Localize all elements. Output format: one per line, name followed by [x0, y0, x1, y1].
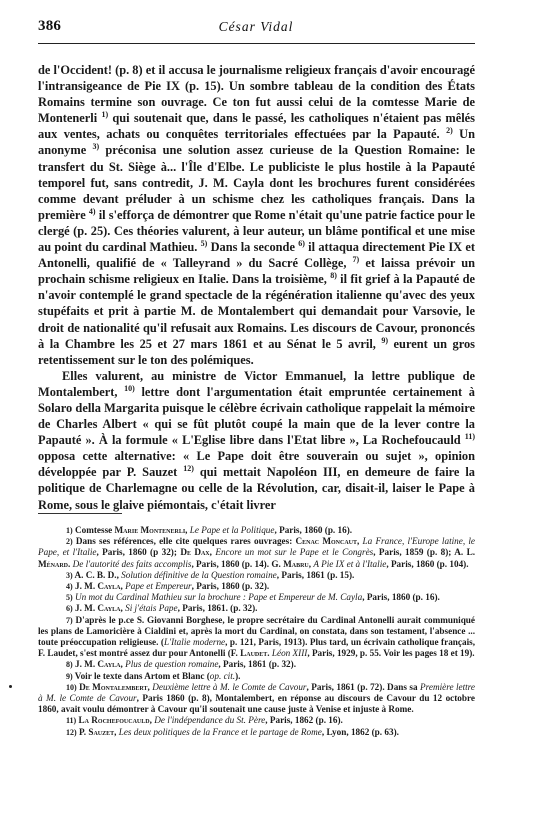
work-title: Deuxième lettre à M. le Comte de Cavour — [152, 682, 306, 692]
text-run: A. C. B. D., — [73, 570, 122, 580]
work-title: op. cit. — [210, 671, 235, 681]
work-title: A Pie IX et à l'Italie — [313, 559, 386, 569]
footnote-number: 10) — [66, 683, 77, 692]
author-name: Cayla — [97, 581, 120, 591]
margin-mark — [9, 685, 12, 688]
footnote-ref[interactable]: 11) — [465, 432, 475, 441]
text-run: , Paris, 1860 (p. 32). — [192, 581, 270, 591]
work-title: L'Italie moderne — [164, 637, 225, 647]
footnote-ref[interactable]: 12) — [183, 464, 194, 473]
footnote: 5) Un mot du Cardinal Mathieu sur la bro… — [38, 592, 475, 603]
footnote-ref[interactable]: 2) — [446, 126, 453, 135]
text-run: ). — [235, 671, 240, 681]
text-run: , Paris, 1861 (p. 72). Dans sa — [307, 682, 421, 692]
footnote: 6) J. M. Cayla, Si j'étais Pape, Paris, … — [38, 603, 475, 614]
text-run: P. — [77, 727, 89, 737]
footnote-ref[interactable]: 4) — [89, 207, 96, 216]
work-title: Un mot du Cardinal Mathieu sur la brochu… — [75, 592, 362, 602]
footnote: 11) La Rochefoucauld, De l'indépendance … — [38, 715, 475, 726]
footnote-number: 9) — [66, 672, 73, 681]
text-run: , Paris, 1929, p. 55. Voir les pages 18 … — [307, 648, 474, 658]
text-run: Dans la seconde — [207, 240, 298, 254]
footnote: 7) D'après le p.ce S. Giovanni Borghese,… — [38, 615, 475, 660]
footnote-number: 11) — [66, 716, 76, 725]
text-run: , Lyon, 1862 (p. 63). — [322, 727, 399, 737]
text-run: , Paris, 1862 (p. 16). — [265, 715, 343, 725]
work-title: De l'indépendance du St. Père — [154, 715, 265, 725]
work-title: Les deux politiques de la France et le p… — [119, 727, 322, 737]
footnote: 10) De Montalembert, Deuxième lettre à M… — [38, 682, 475, 716]
body-text: de l'Occident! (p. 8) et il accusa le jo… — [38, 62, 475, 513]
text-run: J. M. — [73, 603, 98, 613]
author-name: De Montalembert — [79, 682, 147, 692]
footnote-number: 7) — [66, 616, 73, 625]
author-name: Marie Montenerli — [115, 525, 186, 535]
text-run: , Paris, 1860 (p. 16). — [362, 592, 440, 602]
author-name: La Rochefoucauld — [79, 715, 150, 725]
text-run: Dans ses références, elle cite quelques … — [73, 536, 296, 546]
author-name: Cenac Moncaut — [295, 536, 357, 546]
work-title: Solution définitive de la Question romai… — [121, 570, 277, 580]
body-paragraph: Elles valurent, au ministre de Victor Em… — [38, 368, 475, 513]
footnote-ref[interactable]: 6) — [298, 239, 305, 248]
footnote-number: 6) — [66, 604, 73, 613]
header-rule — [38, 43, 475, 44]
footnote-ref[interactable]: 8) — [330, 271, 337, 280]
work-title: Si j'étais Pape — [125, 603, 178, 613]
author-name: Laudet — [240, 648, 267, 658]
text-run: J. M. — [73, 581, 98, 591]
page-header: 386 César Vidal — [38, 16, 474, 36]
footnote: 8) J. M. Cayla, Plus de question romaine… — [38, 659, 475, 670]
footnote: 9) Voir le texte dans Artom et Blanc (op… — [38, 671, 475, 682]
text-run: , Paris, 1859 (p. 8); A. L. — [373, 547, 475, 557]
author-name: Ménard — [38, 559, 68, 569]
footnote-number: 4) — [66, 582, 73, 591]
footnote: 1) Comtesse Marie Montenerli, Le Pape et… — [38, 525, 475, 536]
footnote: 3) A. C. B. D., Solution définitive de l… — [38, 570, 475, 581]
footnote-number: 5) — [66, 593, 73, 602]
text-run: , Paris, 1860 (p. 16). — [274, 525, 352, 535]
work-title: Pape et Empereur — [125, 581, 192, 591]
work-title: Le Pape et la Politique — [190, 525, 275, 535]
work-title: Plus de question romaine — [125, 659, 218, 669]
work-title: De l'autorité des faits accomplis — [73, 559, 192, 569]
footnote-number: 3) — [66, 571, 73, 580]
footnote: 12) P. Sauzet, Les deux politiques de la… — [38, 727, 475, 738]
work-title: Léon XIII — [272, 648, 307, 658]
text-run: , Paris, 1860 (p 32); — [97, 547, 181, 557]
text-run: , Paris, 1861 (p. 15). — [277, 570, 355, 580]
body-paragraph: de l'Occident! (p. 8) et il accusa le jo… — [38, 62, 475, 368]
text-run: , Paris, 1861 (p. 32). — [218, 659, 296, 669]
text-run: J. M. — [73, 659, 98, 669]
footnote-number: 8) — [66, 660, 73, 669]
author-name: De Dax — [180, 547, 209, 557]
footnote-number: 12) — [66, 728, 77, 737]
footnote: 4) J. M. Cayla, Pape et Empereur, Paris,… — [38, 581, 475, 592]
author-name: Mabru — [283, 559, 309, 569]
book-page: 386 César Vidal de l'Occident! (p. 8) et… — [0, 0, 550, 824]
author-name: Cayla — [97, 603, 120, 613]
author-name: Cayla — [97, 659, 120, 669]
footnote-number: 1) — [66, 526, 73, 535]
text-run: , Paris, 1860 (p. 14). G. — [191, 559, 283, 569]
running-title: César Vidal — [38, 19, 474, 35]
footnotes: 1) Comtesse Marie Montenerli, Le Pape et… — [38, 525, 475, 738]
text-run: , Paris, 1860 (p. 104). — [386, 559, 468, 569]
footnote: 2) Dans ses références, elle cite quelqu… — [38, 536, 475, 570]
work-title: Encore un mot sur le Pape et le Congrès — [215, 547, 373, 557]
text-run: Comtesse — [73, 525, 115, 535]
footnote-ref[interactable]: 10) — [124, 384, 135, 393]
author-name: Sauzet — [88, 727, 114, 737]
text-run: Voir le texte dans Artom et Blanc ( — [73, 671, 210, 681]
footnote-separator — [38, 513, 122, 514]
text-run: , Paris, 1861. (p. 32). — [178, 603, 258, 613]
footnote-number: 2) — [66, 537, 73, 546]
